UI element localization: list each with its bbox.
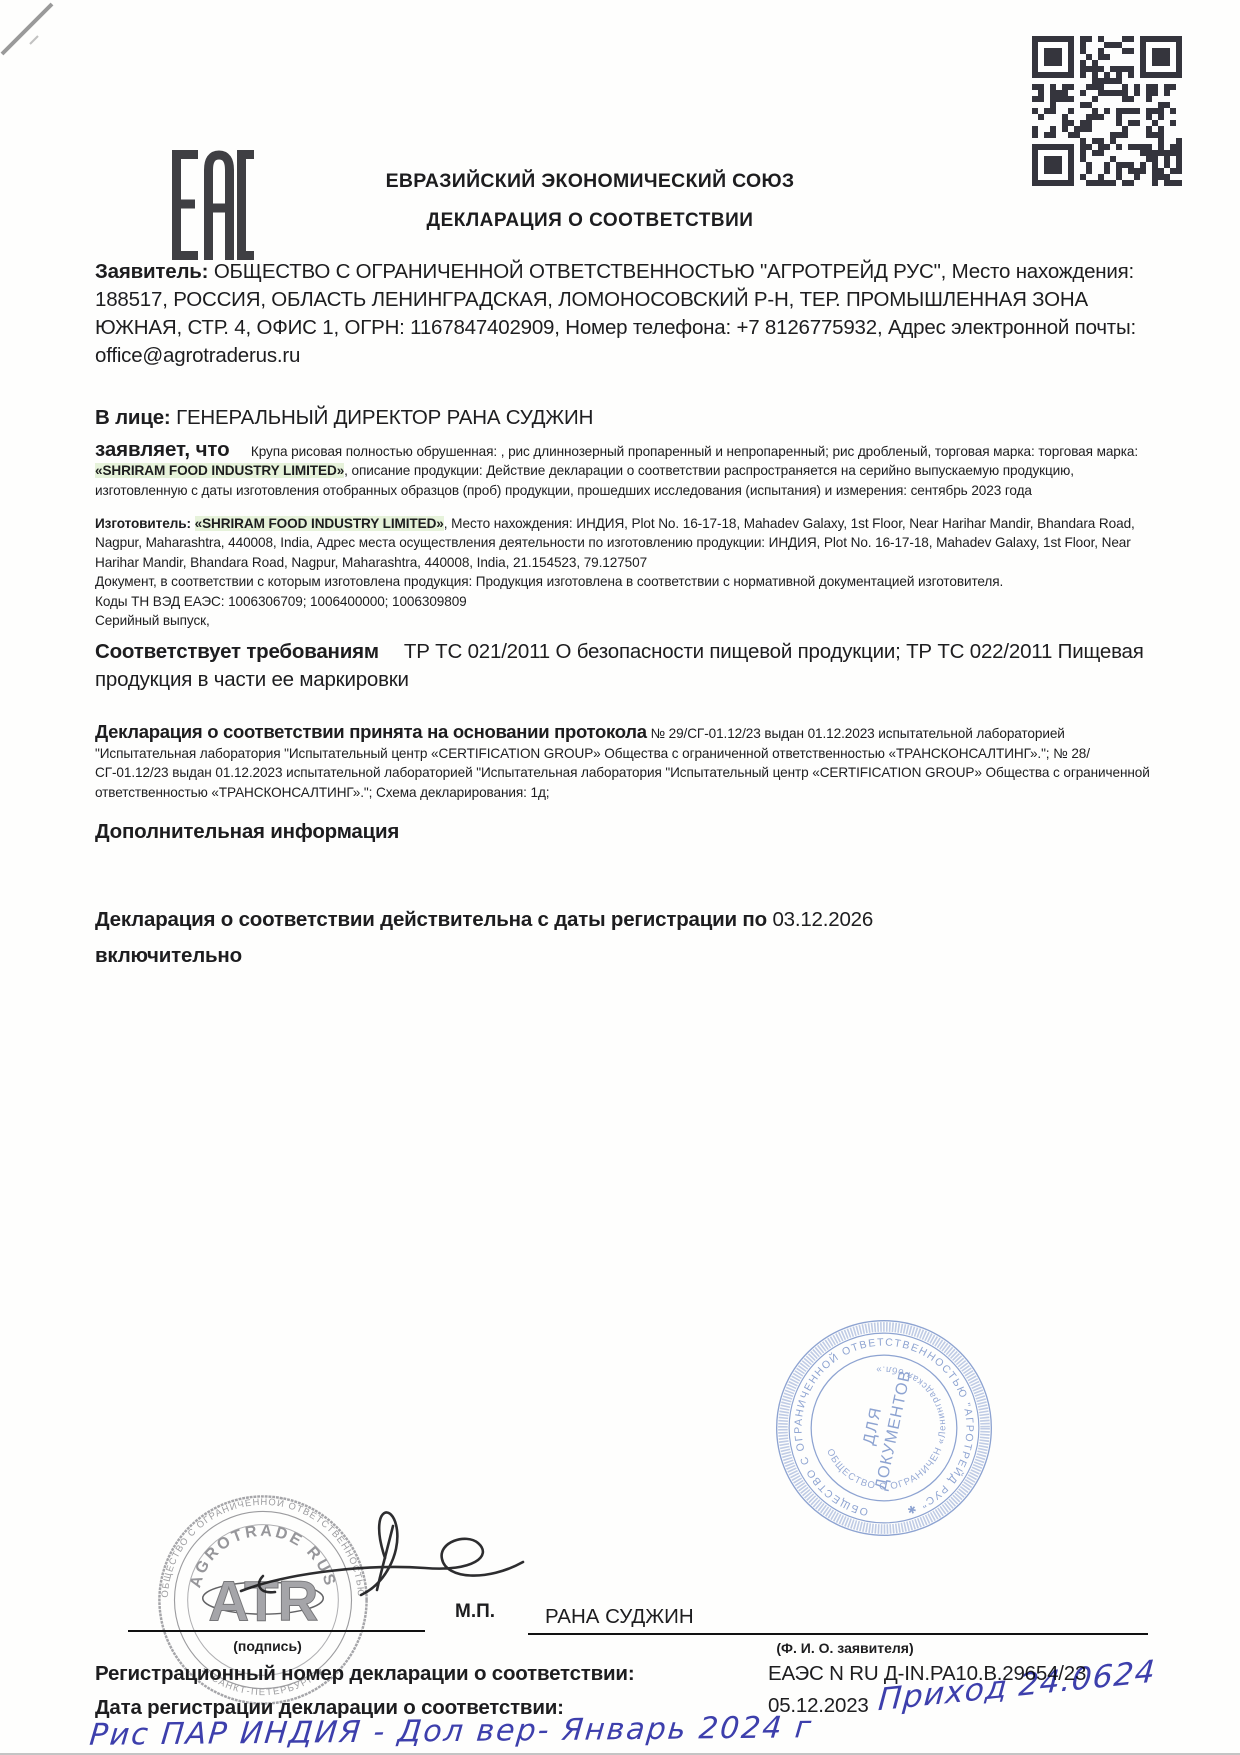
person-paragraph: В лице: ГЕНЕРАЛЬНЫЙ ДИРЕКТОР РАНА СУДЖИН <box>95 404 1145 432</box>
signature-line-right <box>528 1633 1148 1635</box>
manufacturer-block: Изготовитель: «SHRIRAM FOOD INDUSTRY LIM… <box>95 514 1155 630</box>
validity-date: 03.12.2026 <box>772 908 873 931</box>
tnved-codes-line: Коды ТН ВЭД ЕАЭС: 1006306709; 1006400000… <box>95 592 1155 611</box>
person-text: ГЕНЕРАЛЬНЫЙ ДИРЕКТОР РАНА СУДЖИН <box>176 406 593 429</box>
manufacture-document-line: Документ, в соответствии с которым изгот… <box>95 572 1155 591</box>
additional-info-heading: Дополнительная информация <box>95 818 399 846</box>
signature-line-left <box>128 1630 425 1632</box>
brand-name-highlighted: «SHRIRAM FOOD INDUSTRY LIMITED» <box>95 463 344 478</box>
applicant-label: Заявитель: <box>95 260 208 283</box>
validity-paragraph: Декларация о соответствии действительна … <box>95 902 1145 974</box>
stamp-place-label: М.П. <box>455 1601 495 1623</box>
declares-label: заявляет, что <box>95 438 230 461</box>
eac-logo <box>168 148 254 262</box>
blue-round-stamp: ОБЩЕСТВО С ОГРАНИЧЕННОЙ ОТВЕТСТВЕННОСТЬЮ… <box>769 1313 999 1543</box>
handwritten-note-bottom-left: Рис ПАР ИНДИЯ - Дол вер- Январь 2024 г <box>88 1710 814 1753</box>
declaration-document: ЕВРАЗИЙСКИЙ ЭКОНОМИЧЕСКИЙ СОЮЗ ДЕКЛАРАЦИ… <box>0 0 1240 1755</box>
protocol-paragraph: Декларация о соответствии принята на осн… <box>95 722 1157 802</box>
product-description: Крупа рисовая полностью обрушенная: , ри… <box>251 444 1138 459</box>
signature-caption: (подпись) <box>185 1638 350 1654</box>
serial-release-line: Серийный выпуск, <box>95 611 1155 630</box>
union-title: ЕВРАЗИЙСКИЙ ЭКОНОМИЧЕСКИЙ СОЮЗ <box>290 170 890 193</box>
manufacturer-paragraph: Изготовитель: «SHRIRAM FOOD INDUSTRY LIM… <box>95 514 1155 572</box>
applicant-signatory-name: РАНА СУДЖИН <box>545 1605 694 1629</box>
manufacturer-brand-highlighted: «SHRIRAM FOOD INDUSTRY LIMITED» <box>195 516 444 531</box>
scan-corner-artifact <box>0 0 80 80</box>
qr-code <box>1032 36 1182 186</box>
applicant-text: ОБЩЕСТВО С ОГРАНИЧЕННОЙ ОТВЕТСТВЕННОСТЬЮ… <box>95 260 1136 367</box>
document-header: ЕВРАЗИЙСКИЙ ЭКОНОМИЧЕСКИЙ СОЮЗ ДЕКЛАРАЦИ… <box>290 170 890 232</box>
protocol-label: Декларация о соответствии принята на осн… <box>95 721 647 742</box>
name-caption: (Ф. И. О. заявителя) <box>700 1640 990 1656</box>
compliance-label: Соответствует требованиям <box>95 640 379 663</box>
applicant-paragraph: Заявитель: ОБЩЕСТВО С ОГРАНИЧЕННОЙ ОТВЕТ… <box>95 258 1145 370</box>
validity-label: Декларация о соответствии действительна … <box>95 908 767 931</box>
validity-suffix: включительно <box>95 944 242 967</box>
page-title: ДЕКЛАРАЦИЯ О СООТВЕТСТВИИ <box>290 210 890 232</box>
compliance-paragraph: Соответствует требованиям ТР ТС 021/2011… <box>95 638 1145 694</box>
declares-paragraph: заявляет, что Крупа рисовая полностью об… <box>95 440 1153 500</box>
manufacturer-label: Изготовитель: <box>95 516 191 531</box>
registration-number-label: Регистрационный номер декларации о соотв… <box>95 1660 634 1688</box>
person-label: В лице: <box>95 406 171 429</box>
